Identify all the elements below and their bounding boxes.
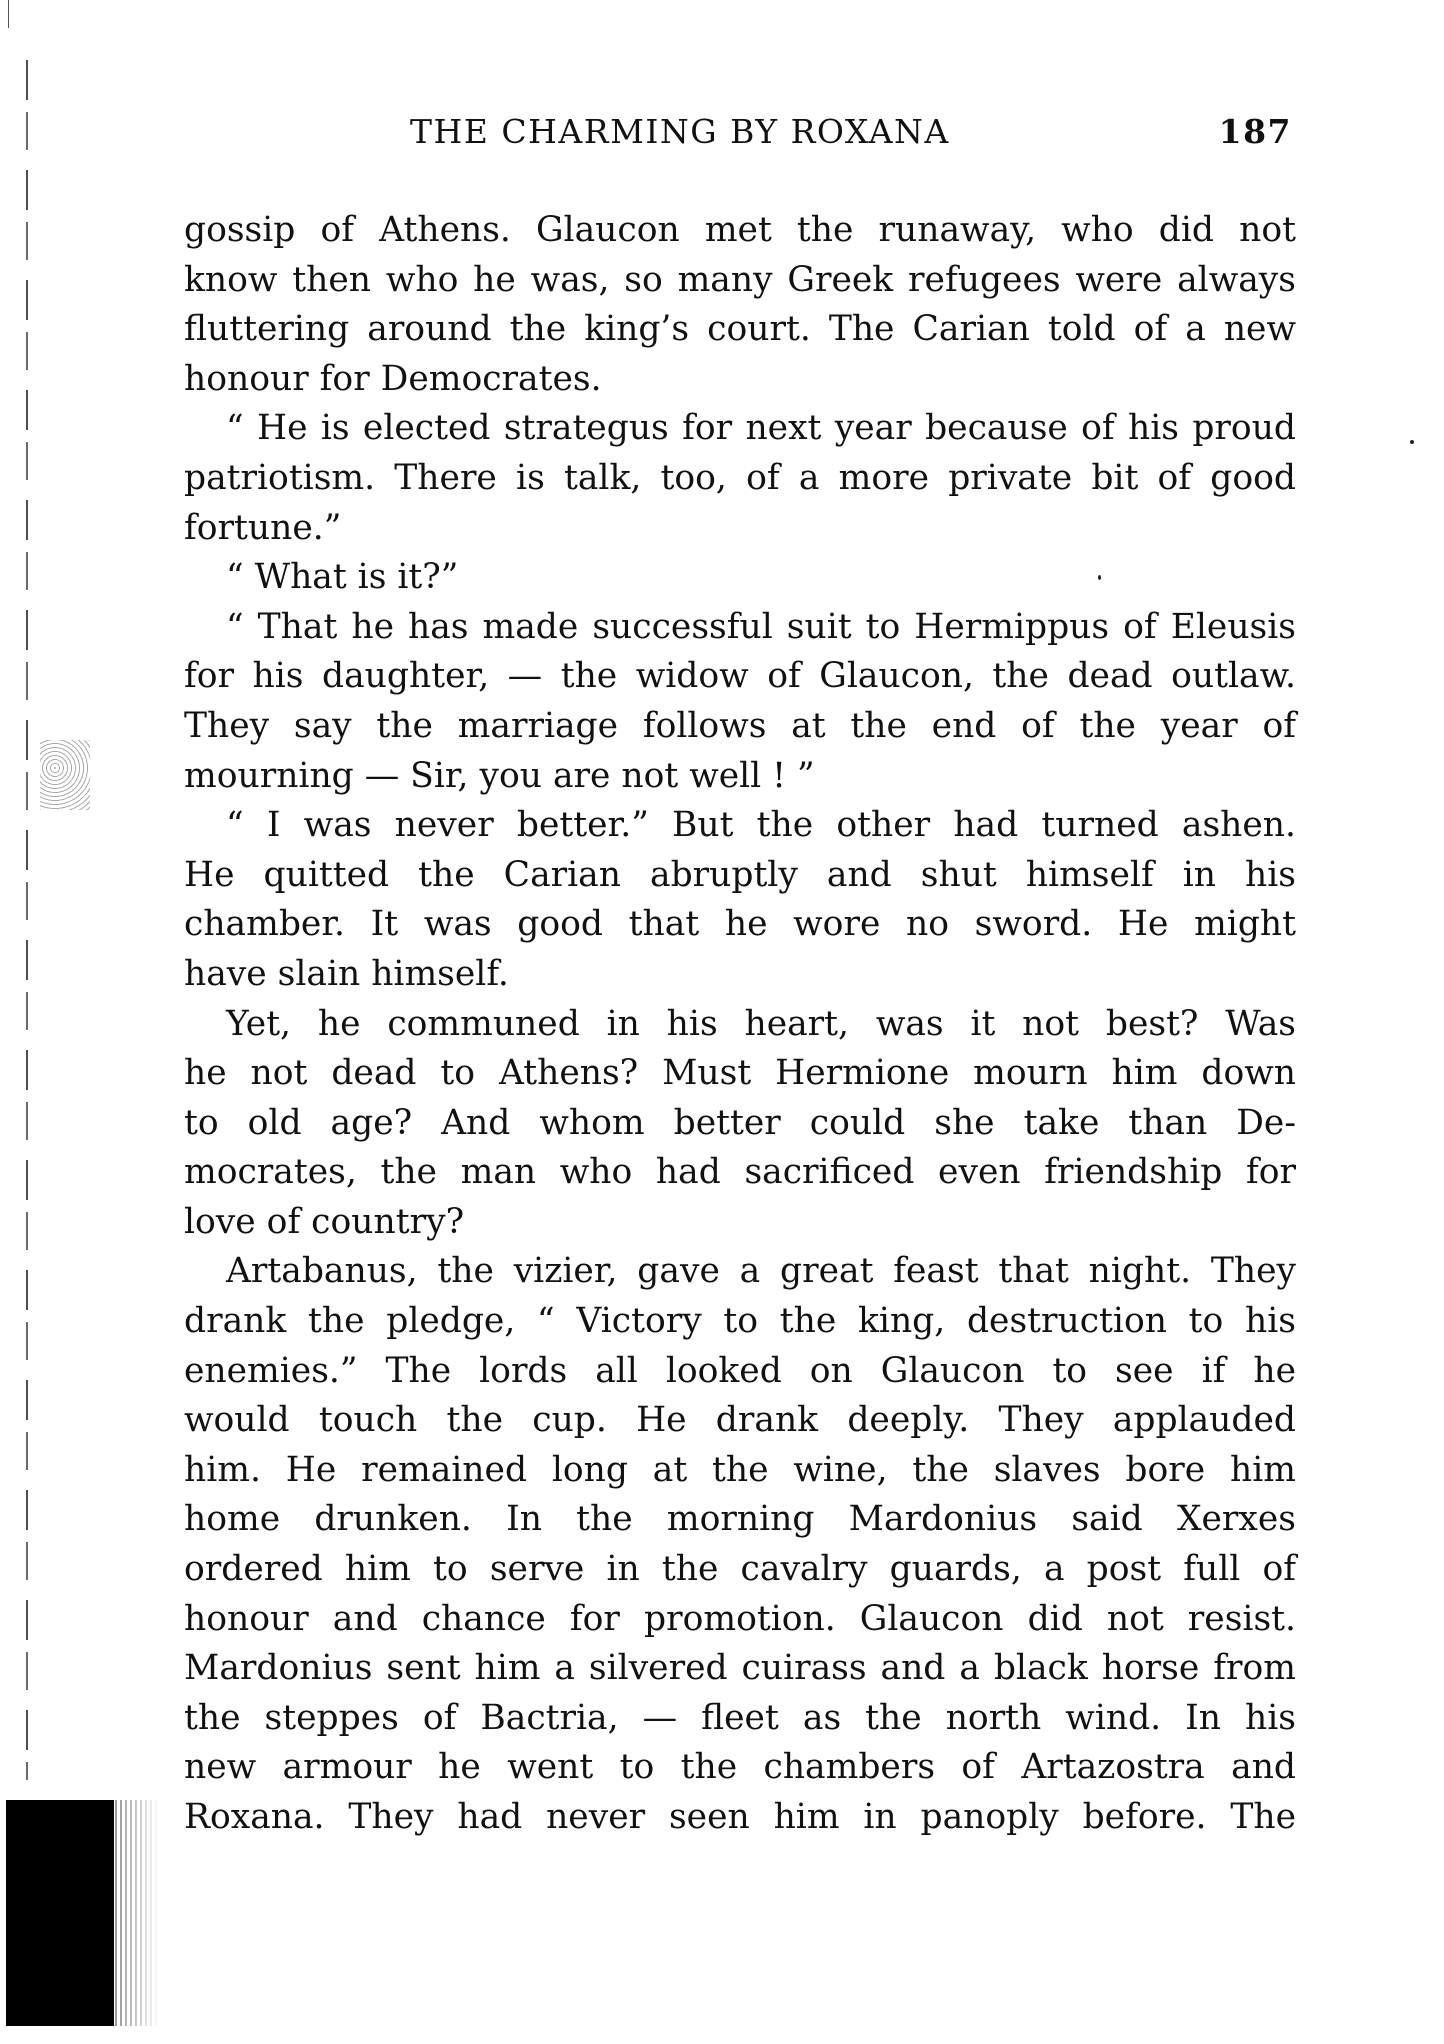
text-line: Roxana. They had never seen him in panop…	[184, 1793, 1296, 1843]
text-line: to old age? And whom better could she ta…	[184, 1099, 1296, 1149]
text-line: They say the marriage follows at the end…	[184, 702, 1296, 752]
page-number: 187	[1219, 112, 1292, 151]
text-line: him. He remained long at the wine, the s…	[184, 1446, 1296, 1496]
scan-edge-mark	[8, 0, 9, 28]
binding-shadow-edge	[100, 1800, 160, 2026]
text-line: Yet, he communed in his heart, was it no…	[184, 1000, 1296, 1050]
text-line: fluttering around the king’s court. The …	[184, 305, 1296, 355]
text-line: ordered him to serve in the cavalry guar…	[184, 1545, 1296, 1595]
paragraph: “ That he has made successful suit to He…	[184, 603, 1296, 801]
text-line: home drunken. In the morning Mardonius s…	[184, 1495, 1296, 1545]
text-line: for his daughter, — the widow of Glaucon…	[184, 652, 1296, 702]
text-line: He quitted the Carian abruptly and shut …	[184, 851, 1296, 901]
text-line: Mardonius sent him a silvered cuirass an…	[184, 1644, 1296, 1694]
text-line: “ I was never better.” But the other had…	[184, 801, 1296, 851]
running-head: THE CHARMING BY ROXANA 187	[410, 112, 1300, 162]
text-line: “ He is elected strategus for next year …	[184, 404, 1296, 454]
paragraph: “ I was never better.” But the other had…	[184, 801, 1296, 999]
text-line: drank the pledge, “ Victory to the king,…	[184, 1297, 1296, 1347]
text-line: know then who he was, so many Greek refu…	[184, 256, 1296, 306]
text-line: “ That he has made successful suit to He…	[184, 603, 1296, 653]
text-line: chamber. It was good that he wore no swo…	[184, 900, 1296, 950]
text-line: he not dead to Athens? Must Hermione mou…	[184, 1049, 1296, 1099]
binding-shadow	[6, 1800, 114, 2026]
text-line: would touch the cup. He drank deeply. Th…	[184, 1396, 1296, 1446]
text-line: the steppes of Bactria, — fleet as the n…	[184, 1694, 1296, 1744]
body-text: gossip of Athens. Glaucon met the runawa…	[184, 206, 1296, 1843]
text-line: fortune.”	[184, 504, 1296, 554]
text-line: enemies.” The lords all looked on Glauco…	[184, 1347, 1296, 1397]
text-line: honour for Democrates.	[184, 355, 1296, 405]
text-line: mourning — Sir, you are not well ! ”	[184, 752, 1296, 802]
text-line: have slain himself.	[184, 950, 1296, 1000]
running-head-title: THE CHARMING BY ROXANA	[410, 112, 950, 151]
text-line: patriotism. There is talk, too, of a mor…	[184, 454, 1296, 504]
scan-speckle	[40, 740, 90, 810]
text-line: “ What is it?”	[184, 553, 1296, 603]
text-line: love of country?	[184, 1198, 1296, 1248]
paragraph: “ He is elected strategus for next year …	[184, 404, 1296, 553]
text-line: gossip of Athens. Glaucon met the runawa…	[184, 206, 1296, 256]
text-line: new armour he went to the chambers of Ar…	[184, 1743, 1296, 1793]
binding-edge-line	[26, 60, 28, 1780]
book-page: THE CHARMING BY ROXANA 187 gossip of Ath…	[0, 0, 1444, 2044]
text-line: mocrates, the man who had sacrificed eve…	[184, 1148, 1296, 1198]
paragraph: “ What is it?”	[184, 553, 1296, 603]
paragraph: Yet, he communed in his heart, was it no…	[184, 1000, 1296, 1248]
text-line: honour and chance for promotion. Glaucon…	[184, 1595, 1296, 1645]
paragraph: Artabanus, the vizier, gave a great feas…	[184, 1247, 1296, 1842]
text-line: Artabanus, the vizier, gave a great feas…	[184, 1247, 1296, 1297]
paragraph: gossip of Athens. Glaucon met the runawa…	[184, 206, 1296, 404]
scan-dot	[1410, 440, 1414, 444]
